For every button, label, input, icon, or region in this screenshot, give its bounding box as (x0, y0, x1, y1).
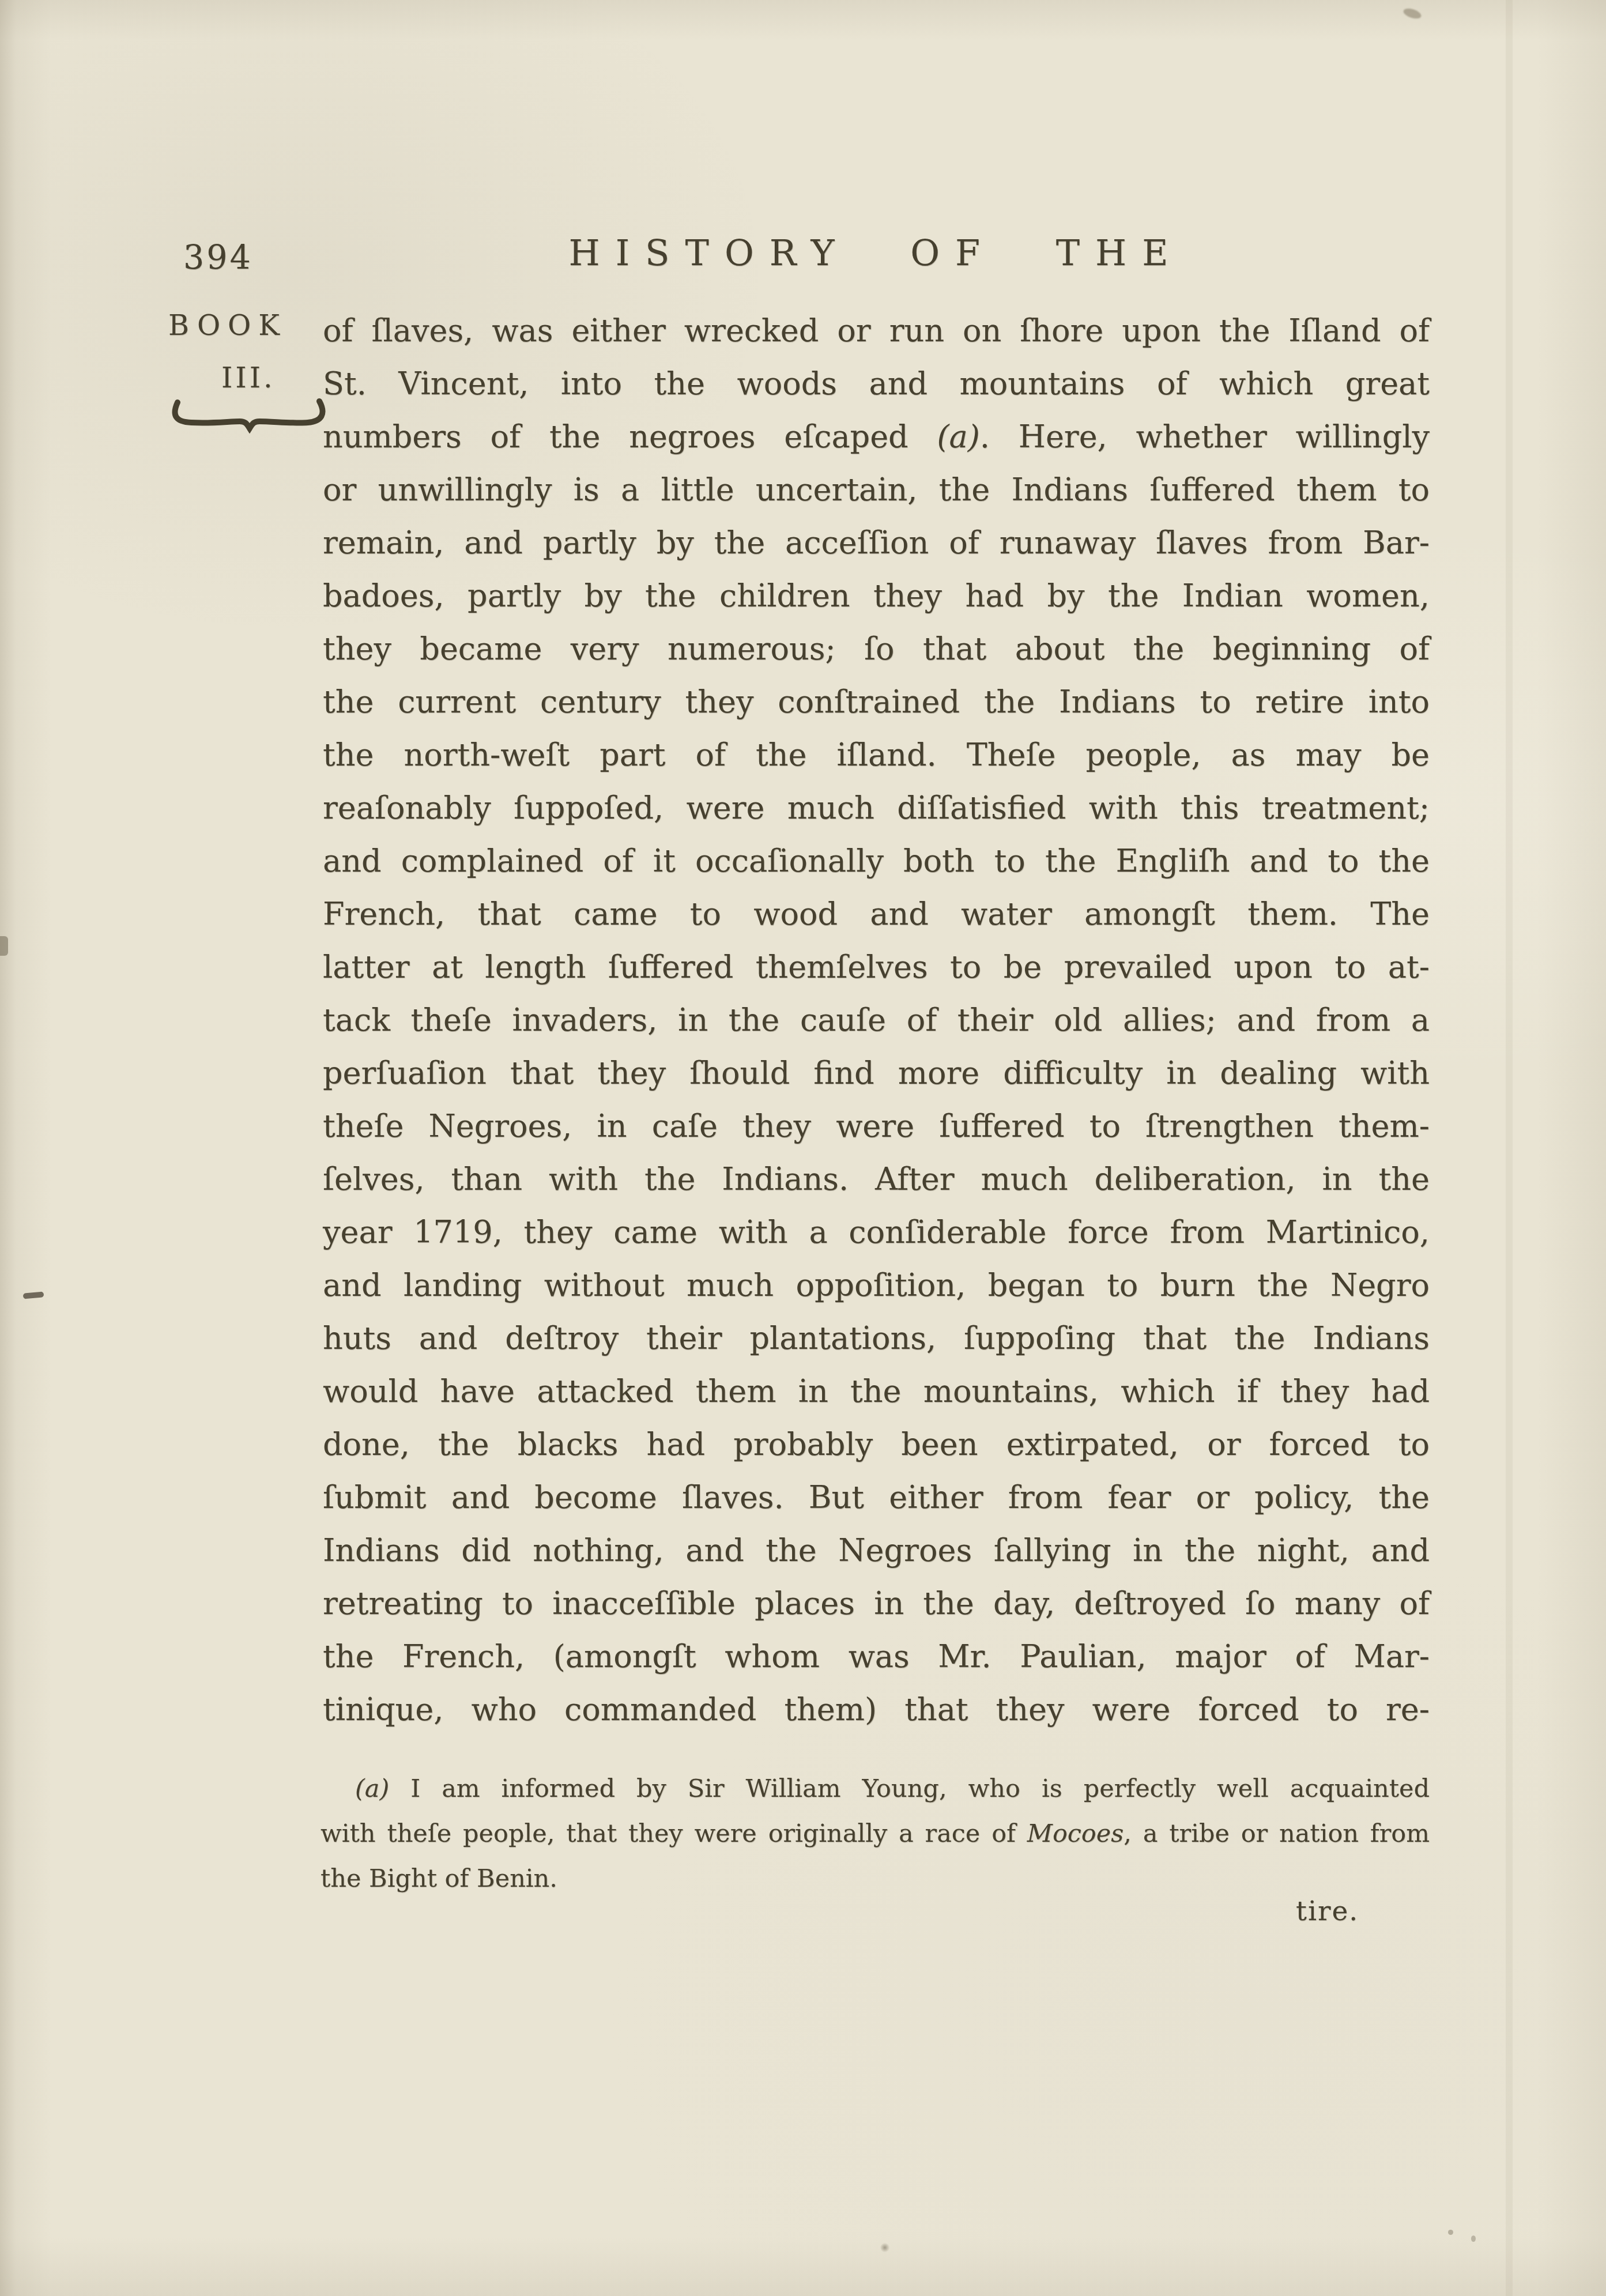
body-line: latter at length ſuffered themſelves to … (323, 941, 1430, 994)
paper-speck (1448, 2230, 1453, 2235)
margin-note: BOOK III. (168, 309, 284, 394)
body-line: St. Vincent, into the woods and mountain… (323, 357, 1430, 410)
body-line: tack theſe invaders, in the cauſe of the… (323, 994, 1430, 1047)
body-line: perſuaſion that they ſhould find more di… (323, 1047, 1430, 1100)
body-line: the current century they conſtrained the… (323, 676, 1430, 729)
page-number: 394 (183, 239, 253, 277)
body-line: theſe Negroes, in caſe they were ſuffere… (323, 1100, 1430, 1153)
footnote: (a) I am informed by Sir William Young, … (321, 1766, 1430, 1901)
margin-book-numeral: III. (221, 361, 284, 394)
page-fold-shading (1506, 0, 1513, 2296)
paper-speck (0, 936, 8, 956)
body-line: numbers of the negroes eſcaped (a). Here… (323, 410, 1430, 463)
body-line: the north-weſt part of the iſland. Theſe… (323, 729, 1430, 782)
body-line: of ſlaves, was either wrecked or run on … (323, 304, 1430, 357)
body-text: of ſlaves, was either wrecked or run on … (323, 304, 1430, 1736)
body-line: and landing without much oppoſition, beg… (323, 1259, 1430, 1312)
body-line: badoes, partly by the children they had … (323, 570, 1430, 623)
footnote-line: with theſe people, that they were origin… (321, 1811, 1430, 1856)
paper-speck (23, 1291, 44, 1299)
body-line: they became very numerous; ſo that about… (323, 623, 1430, 676)
body-line: ſelves, than with the Indians. After muc… (323, 1153, 1430, 1206)
body-line: retreating to inacceſſible places in the… (323, 1577, 1430, 1630)
body-line: reaſonably ſuppoſed, were much diſſatisf… (323, 782, 1430, 835)
footnote-line: the Bight of Benin. (321, 1856, 1430, 1901)
paper-speck (1471, 2235, 1476, 2242)
body-line: year 1719, they came with a conſiderable… (323, 1206, 1430, 1259)
body-line: Indians did nothing, and the Negroes ſal… (323, 1524, 1430, 1577)
catchword: tire. (1296, 1895, 1359, 1927)
body-line: the French, (amongſt whom was Mr. Paulia… (323, 1630, 1430, 1683)
body-line: would have attacked them in the mountain… (323, 1365, 1430, 1418)
running-header: HISTORY OF THE (323, 232, 1430, 274)
body-line: and complained of it occaſionally both t… (323, 835, 1430, 888)
body-line: tinique, who commanded them) that they w… (323, 1683, 1430, 1736)
body-line: French, that came to wood and water amon… (323, 888, 1430, 941)
paper-speck (1402, 6, 1422, 20)
body-line: or unwillingly is a little uncertain, th… (323, 463, 1430, 516)
body-line: huts and deſtroy their plantations, ſupp… (323, 1312, 1430, 1365)
body-line: done, the blacks had probably been extir… (323, 1418, 1430, 1471)
book-page: 394 HISTORY OF THE BOOK III. of ſlaves, … (0, 0, 1606, 2296)
footnote-line: (a) I am informed by Sir William Young, … (321, 1766, 1430, 1811)
body-line: ſubmit and become ſlaves. But either fro… (323, 1471, 1430, 1524)
body-line: remain, and partly by the acceſſion of r… (323, 516, 1430, 570)
paper-speck (880, 2242, 890, 2253)
margin-book-label: BOOK (168, 309, 284, 342)
brace-ornament (171, 398, 329, 433)
